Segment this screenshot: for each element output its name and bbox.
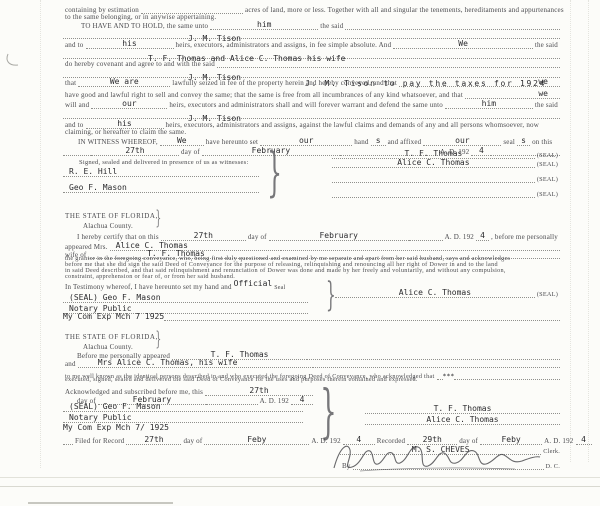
seal-label: (SEAL) xyxy=(535,191,560,198)
typed-fill: Feby xyxy=(204,434,309,445)
notary-signature-row: (SEAL) Geo F. Mason xyxy=(63,401,303,412)
page-edge-line xyxy=(0,486,600,487)
witness-signature-row: R. E. Hill xyxy=(63,166,259,177)
printed-text: and xyxy=(63,360,78,368)
page-edge-line xyxy=(0,477,600,478)
printed-text: Alachua County. xyxy=(81,222,135,230)
witness-signature-row: Geo F. Mason xyxy=(63,182,259,193)
printed-text: Seal xyxy=(272,285,287,291)
typed-fill: Alice C. Thomas xyxy=(335,287,535,298)
grantor-seal-row: (SEAL) xyxy=(332,172,560,183)
blank-line xyxy=(332,189,535,198)
right-edge-rule xyxy=(588,0,589,462)
blank-line xyxy=(164,312,560,321)
page-edge-line xyxy=(28,502,173,504)
typed-fill: R. E. Hill xyxy=(63,166,259,177)
printed-text: that xyxy=(63,79,78,87)
typed-fill: Official xyxy=(234,279,273,288)
blank-line xyxy=(63,436,73,445)
seal-label: (SEAL) xyxy=(535,176,560,183)
notary-line: executed, signed, sealed and delivered t… xyxy=(63,375,560,383)
county-heading: Alachua County. xyxy=(81,219,578,230)
blank-line xyxy=(313,359,560,368)
printed-text: Filed for Record xyxy=(73,437,126,445)
interlined-tax-note: J. M. Tison to pay the taxes for 1924 xyxy=(305,79,546,88)
grantor-seal-row: (SEAL) xyxy=(332,187,560,198)
commission-row: My Com Exp Mch 7/ 1925 xyxy=(63,421,303,432)
right-margin-rule xyxy=(570,0,571,462)
deputy-clerk-label: D. C. xyxy=(544,463,562,470)
typed-fill: Alice C. Thomas xyxy=(332,157,535,168)
typed-fill: Geo F. Mason xyxy=(63,182,259,193)
typed-fill: T. F. Thomas xyxy=(365,403,560,414)
typed-fill: (SEAL) Geo F. Mason xyxy=(63,292,308,303)
typed-fill: 4 xyxy=(576,434,592,445)
notary-brace: } xyxy=(320,382,337,440)
notary-line: and Mrs Alice C. Thomas, his wife xyxy=(63,357,560,368)
grantor-ack-signature-row: T. F. Thomas xyxy=(365,403,560,414)
grantor-ack-signature-row: Alice C. Thomas xyxy=(365,414,560,425)
seal-label: (SEAL) xyxy=(535,161,560,168)
witness-brace: } xyxy=(267,147,282,199)
notary-paragraph: constraint, apprehension or fear of, or … xyxy=(63,272,560,280)
dower-signature-row: Alice C. Thomas (SEAL) xyxy=(335,287,560,298)
typed-fill: (SEAL) Geo F. Mason xyxy=(63,401,303,412)
typed-fill: Mrs Alice C. Thomas, his wife xyxy=(78,357,313,368)
typed-fill: My Com Exp Mch 7/ 1925 xyxy=(63,423,169,432)
printed-text: Signed, sealed and delivered in presence… xyxy=(77,159,250,166)
printed-text: In Testimony whereof, I have hereunto se… xyxy=(63,283,234,291)
printed-text: executed, signed, sealed and delivered t… xyxy=(63,376,420,383)
commission-row: My Com Exp Mch 7 1925 xyxy=(63,310,560,321)
handwritten-signature-icon xyxy=(330,438,545,474)
seal-label: (SEAL) xyxy=(535,291,560,298)
deed-document-scan: containing by estimation acres of land, … xyxy=(0,0,600,506)
grantor-seal-row: Alice C. Thomas (SEAL) xyxy=(332,157,560,168)
typed-fill: 27th xyxy=(126,434,181,445)
blank-line xyxy=(332,174,535,183)
printed-text: day of xyxy=(181,437,204,445)
typed-fill: My Com Exp Mch 7 1925 xyxy=(63,312,164,321)
pen-mark-icon xyxy=(5,52,25,70)
testimony-line: In Testimony whereof, I have hereunto se… xyxy=(63,280,323,291)
typed-fill: We are xyxy=(78,76,170,87)
left-margin-rule xyxy=(40,0,41,468)
witness-heading: Signed, sealed and delivered in presence… xyxy=(77,155,337,166)
printed-text: constraint, apprehension or fear of, or … xyxy=(63,273,237,280)
typed-fill: Alice C. Thomas xyxy=(365,414,560,425)
notary-signature-row: (SEAL) Geo F. Mason xyxy=(63,292,308,303)
